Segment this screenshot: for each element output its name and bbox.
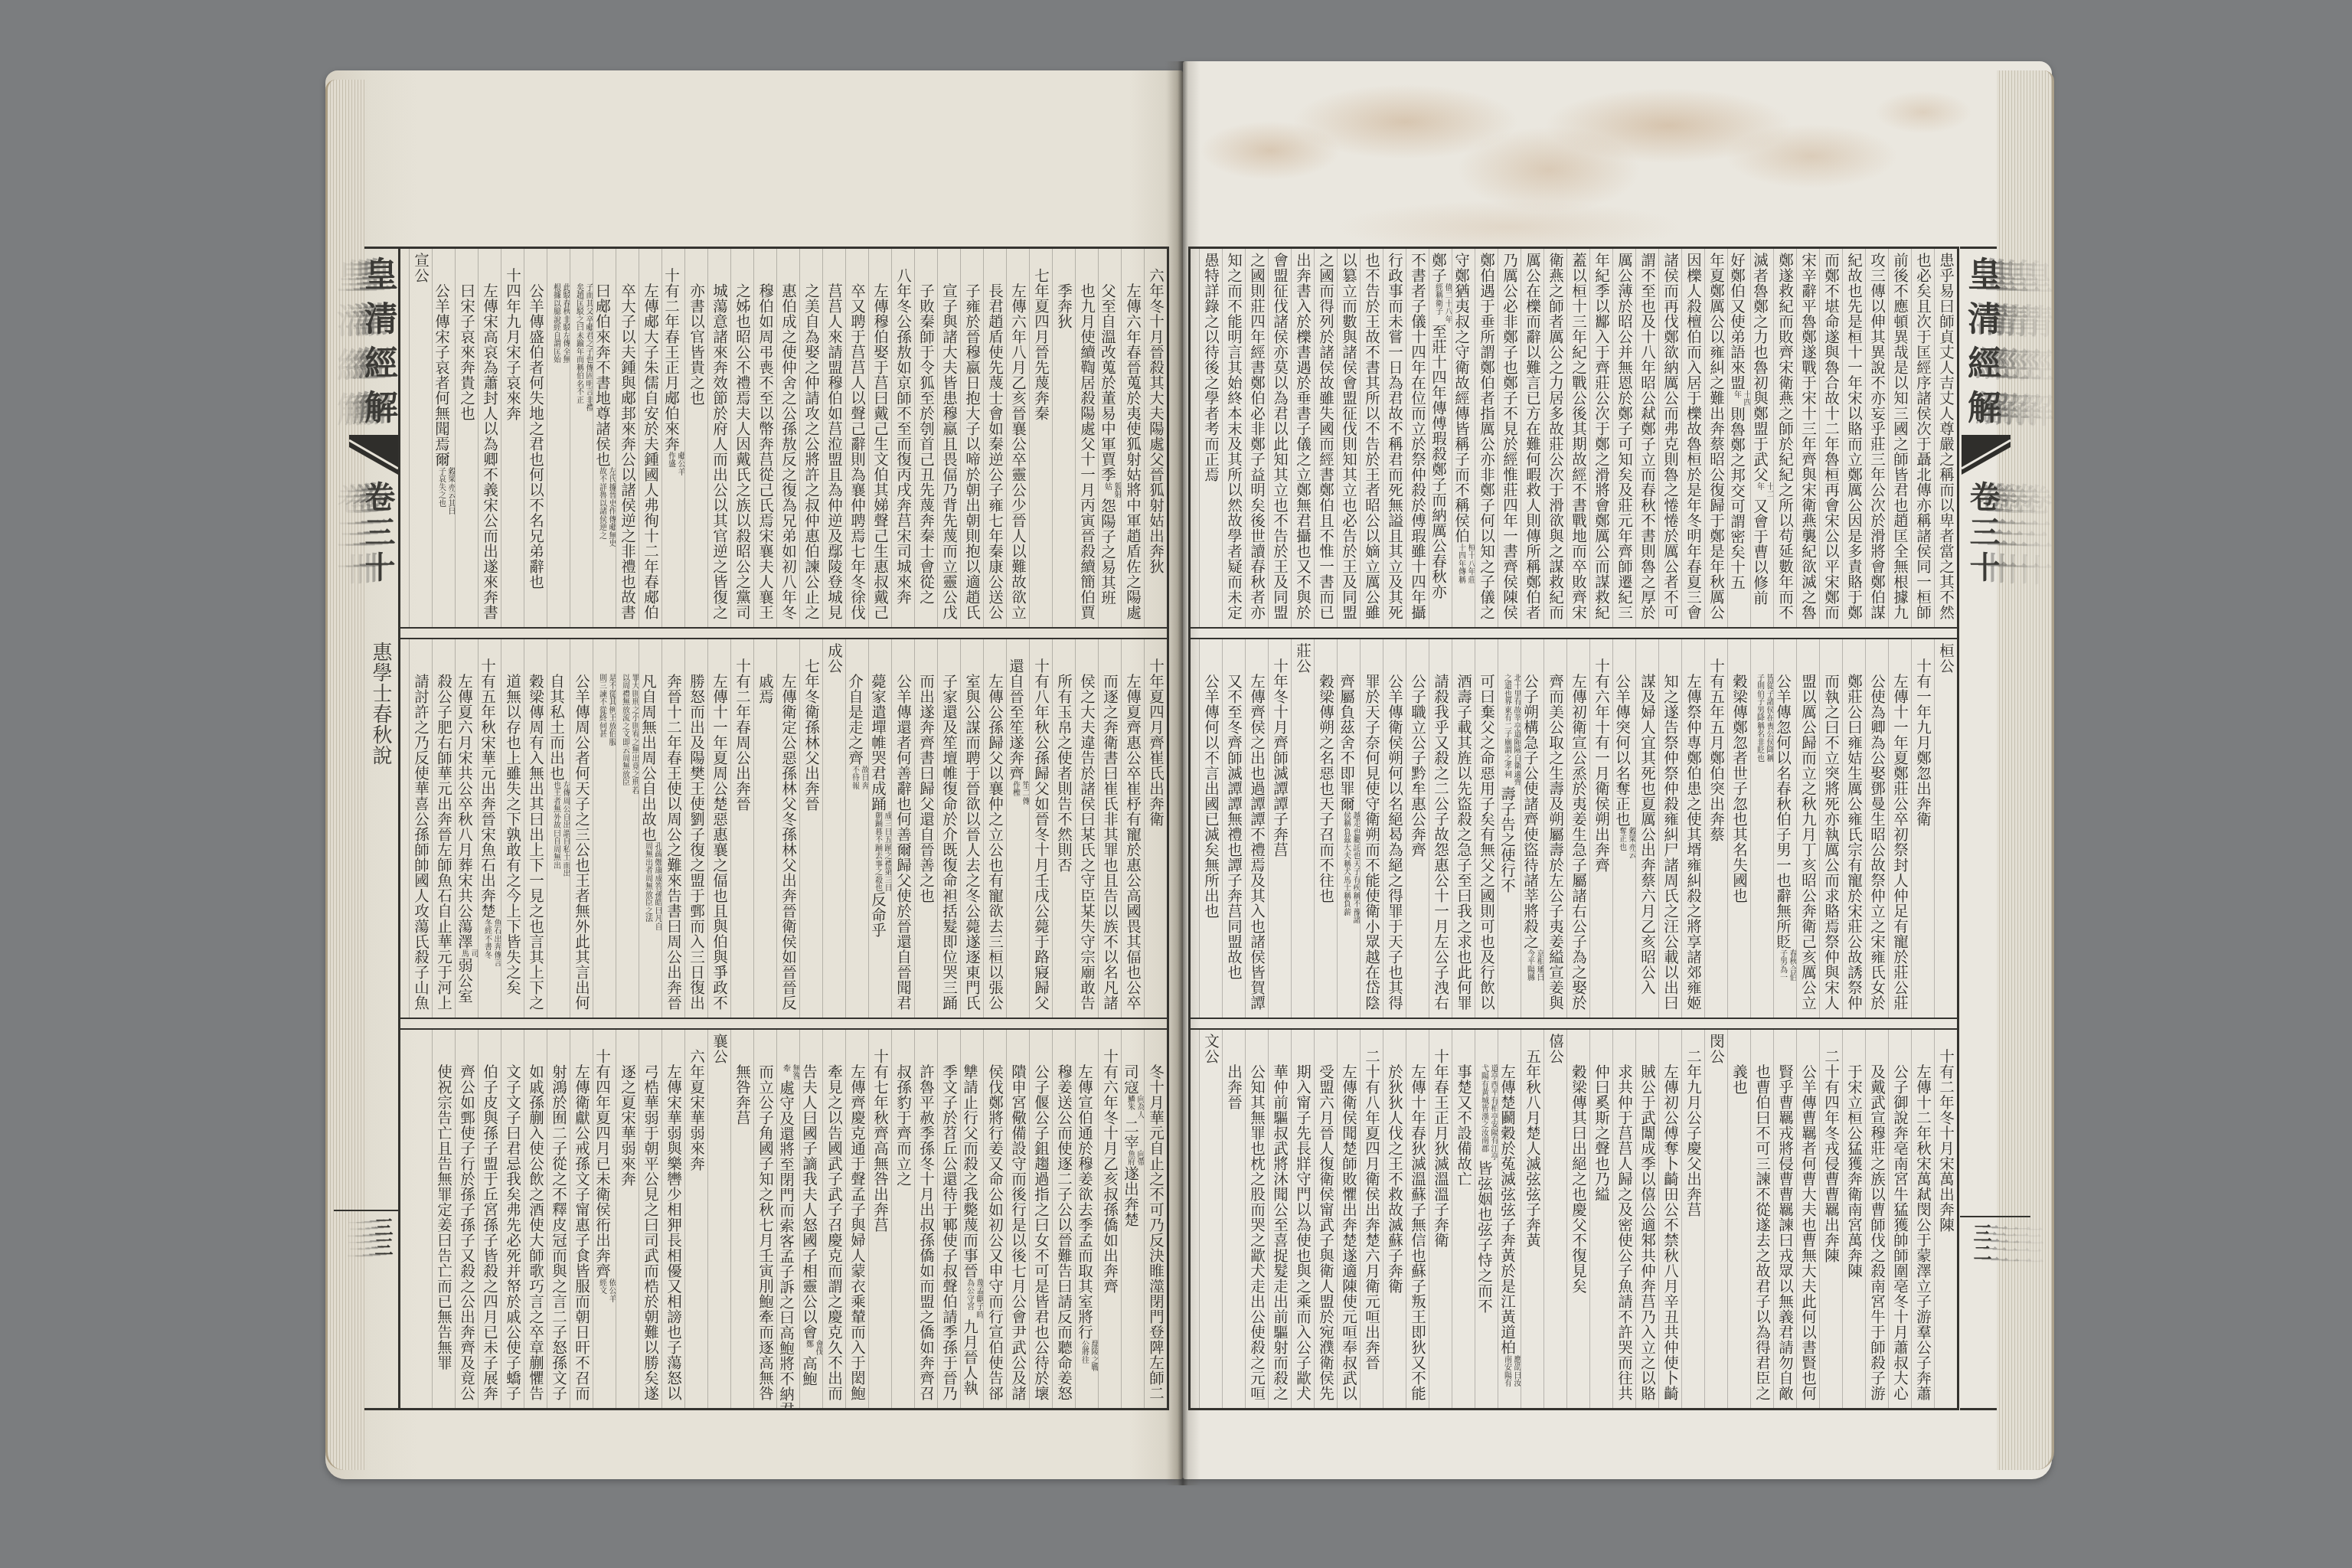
main-text: 子敗秦師于令狐至於刳首己丑先蔑奔秦士會從之 — [917, 283, 935, 605]
main-text: 出奔晉 — [1225, 1064, 1243, 1110]
main-text: 高鮑 — [800, 1356, 818, 1387]
main-text: 也九月使續鞫居殺陽處父十一月丙寅晉殺續簡伯賈 — [1078, 283, 1096, 620]
main-text: 左傳夏齊惠公卒崔杼有寵於惠公高國畏其偪也公卒 — [1124, 674, 1142, 1011]
commentary-column: 北十里有故莘亭道阨險自衛適齊之道也界東有二子廟謂之孝祠壽子告之使行不 — [1498, 639, 1521, 1018]
main-text: 左傳六年八月乙亥晉襄公卒靈公少晉人以難故欲立 — [1009, 283, 1027, 620]
interlinear-note: 應劭曰汝南安陽有 — [1501, 1355, 1521, 1387]
main-text: 亦書以官皆貴之也 — [688, 283, 705, 406]
main-text: 室與公謀而聘于晉欲以晉人去之冬公薨遂逐東門氏 — [963, 674, 981, 1011]
classic-entry-column: 六年夏宋華弱來奔 — [684, 1030, 707, 1408]
main-text: 無咎奔莒 — [733, 1064, 751, 1125]
main-text: 因櫟人殺檀伯而入居于櫟故魯桓於是年冬明年春夏三會 — [1684, 253, 1702, 620]
commentary-column: 子雍於晉穆嬴日抱大子以啼於朝出朝則抱以適趙氏 — [960, 249, 983, 627]
commentary-column: 而逐之奔衛書曰崔氏非其罪也且告以族不以名凡諸 — [1098, 639, 1121, 1018]
commentary-column: 父至自溫改蒐於董易中軍賈季狐射姑怨陽子之易其班 — [1098, 249, 1121, 627]
classic-entry-column: 十四年九月宋子哀來奔 — [501, 249, 524, 627]
main-text: 華仲前驅叔武將沐聞公至喜捉髮走出前驅射而殺之 — [1271, 1064, 1289, 1401]
main-text: 左傳宋華弱與樂轡少相狎長相優又相謗也子蕩怒以 — [665, 1064, 682, 1401]
commentary-column: 告夫人曰國子謫我夫人怒國子相靈公以會會伐鄭高鮑 — [799, 1030, 822, 1408]
interlinear-note: 越走也屬託也天子有疾稱不豫諸侯稱負茲大夫稱犬馬士稱負薪 — [1341, 812, 1360, 924]
main-text: 蓋以桓十三年紀之戰公後其期故經不書戰地而卒敗齊宋 — [1570, 253, 1587, 620]
main-text: 公羊傳周公者何天子之三公也王者無外此其言出何 — [573, 674, 590, 1011]
main-text: 公子朔構急子公使諸齊使盜待諸莘將殺之 — [1521, 674, 1539, 949]
commentary-column: 季奔狄 — [1052, 249, 1075, 627]
commentary-column: 侯之大夫違告於諸侯曰某氏之守臣某失守宗廟敢告 — [1075, 639, 1098, 1018]
main-text: 僖公 — [1547, 1034, 1564, 1064]
commentary-column: 齊公如鄄使子行於孫子孫子又殺之公出奔齊及竟公 — [455, 1030, 478, 1408]
main-text: 至莊十四年傳傅瑕殺鄭子而納厲公春秋亦 — [1429, 324, 1447, 599]
main-text: 左傳郕大子朱儒自安於夫鍾國人弗徇十二年春郕伯 — [642, 283, 659, 620]
commentary-column: 逐之夏宋華弱來奔 — [616, 1030, 639, 1408]
main-text: 可曰棄父之命惡用子矣有無父之國則可也及行飲以 — [1478, 674, 1495, 1011]
main-text: 還自晉至笙遂奔齊 — [1007, 658, 1024, 781]
main-text: 射鴻於囿二子從之不釋皮冠而與之言二子怒孫文子 — [550, 1064, 567, 1401]
main-text: 穀梁傳朔之名惡也天子召而不往也 — [1317, 674, 1334, 903]
commentary-column: 左傳衛定公惡孫林父冬孫林父出奔晉衛侯如晉晉反 — [776, 639, 799, 1018]
commentary-column: 左傳齊侯之出也過譚譚不禮焉及其入也諸侯皆賀譚 — [1245, 639, 1268, 1018]
commentary-column: 左傳六年春晉蒐於夷使狐射姑將中軍趙盾佐之陽處 — [1121, 249, 1144, 627]
main-text: 司寇 — [1122, 1064, 1139, 1095]
main-text: 鄭伯遇于垂所謂鄭伯者指厲公亦非鄭子何以知之子儀之 — [1478, 253, 1495, 620]
interlinear-note: 京相璠曰今平陽縣 — [1524, 949, 1543, 982]
commentary-column: 無咎牽處守及還將至閉門而索客孟子訴之曰高鮑將不納君 — [776, 1030, 799, 1408]
main-text: 前後不應頓異哉是以知三國之師皆君也趙匡全無根據九 — [1891, 253, 1909, 620]
main-text: 莊公 — [1294, 643, 1312, 674]
commentary-column: 請討許之乃反使華喜公孫師帥國人攻蕩氏殺子山魚 — [409, 639, 432, 1018]
commentary-column: 公羊傳何以不言出國已滅矣無所出也 — [1199, 639, 1222, 1018]
right-text-frame: 患乎易曰師貞丈人吉丈人尊嚴之稱而以卑者當之其不然也必矣且次于匡經序諸侯次于聶北傳… — [1188, 247, 1959, 1410]
commentary-column: 罪於天子奈何見使守衛朔而不能使衛小眾越在岱陰 — [1360, 639, 1383, 1018]
main-text: 十有五年秋宋華元出奔晉宋魚石出奔楚 — [479, 658, 496, 919]
classic-entry-column: 八年冬公孫敖如京師不至而復丙戌奔莒宋司城來奔 — [891, 249, 914, 627]
commentary-column: 之姊也昭公不禮焉夫人因戴氏之族以殺昭公之黨司 — [730, 249, 753, 627]
register-top: 患乎易曰師貞丈人吉丈人尊嚴之稱而以卑者當之其不然也必矣且次于匡經序諸侯次于聶北傳… — [1191, 249, 1957, 627]
essay-column: 以篡立而數與諸侯會盟征伐則知其立也必告於王及同盟 — [1337, 249, 1360, 627]
essay-column: 患乎易曰師貞丈人吉丈人尊嚴之稱而以卑者當之其不然 — [1934, 249, 1957, 627]
commentary-column: 如戚孫蒯入使公飲之酒使大師歌巧言之卒章蒯懼告 — [524, 1030, 547, 1408]
commentary-column: 公羊傳周公者何天子之三公也王者無外此其言出何 — [570, 639, 593, 1018]
commentary-column: 而立公子角國子知之秋七月壬寅刖鮑牽而逐高無咎 — [753, 1030, 776, 1408]
main-text: 守鄭猶夷叔之守衛故經傳皆稱子而不稱侯伯 — [1452, 253, 1470, 544]
commentary-column: 知之遂告祭仲祭仲殺雍糾尸諸周氏之汪公載以出曰 — [1658, 639, 1681, 1018]
main-text: 于宋立桓公猛獲奔衛南宮萬奔陳 — [1845, 1064, 1863, 1279]
classic-entry-column: 五年秋八月楚人滅弦弦子奔黃 — [1521, 1030, 1543, 1408]
commentary-column: 射鴻於囿二子從之不釋皮冠而與之言二子怒孫文子 — [547, 1030, 570, 1408]
main-text: 厲公在櫟而辭以難言已方在難何暇救人則傳所稱鄭伯者 — [1524, 253, 1541, 620]
main-text: 不書者子儀十四年在位而立於祭仲殺於傅瑕雖十四年攝 — [1409, 253, 1426, 620]
main-text: 十有四年夏四月已未衛侯衎出奔齊 — [593, 1049, 611, 1279]
page-number-rule — [1960, 1216, 2030, 1217]
spine-series-title: 皇清經解 — [1962, 256, 1999, 434]
commentary-column: 左傳初衛宣公烝於夷姜生急子屬諸右公子為之娶於 — [1566, 639, 1589, 1018]
main-text: 年夏鄭厲公以雍糾之難出奔蔡昭公復歸于鄭是年秋厲公 — [1707, 253, 1725, 620]
main-text: 厲公薄於昭公并無恩於鄭子可知矣及莊元年齊師遷紀三 — [1615, 253, 1633, 620]
main-text: 自其私土而出也 — [547, 674, 565, 781]
main-text: 公使為卿為公娶鄧曼生昭公故祭仲立之宋雍氏女於 — [1868, 674, 1886, 1011]
commentary-column: 酒壽子載其旌以先盜殺之急子至曰我之求也此何罪 — [1452, 639, 1475, 1018]
main-text: 弱公室 — [456, 958, 473, 1004]
main-text: 期入甯子先長牂守門以為使也與之乘而入公子歂犬 — [1294, 1064, 1312, 1401]
spine-volume-number: 卷三十 — [360, 481, 395, 586]
main-text: 謂不至也及十八年昭公弒鄭子立而春秋不書則魯之厚於 — [1638, 253, 1656, 620]
main-text: 使祝宗告亡且告無罪定姜曰告亡而已無告無罪 — [435, 1064, 452, 1370]
interlinear-note: 是不從其例王放伯服則三諫不從終何甚 — [596, 674, 616, 746]
essay-column: 攻三傳以伸其異說不亦妄乎莊三年公次於滑將會鄭伯謀 — [1865, 249, 1888, 627]
commentary-column: 齊而美公取之生壽及朔屬壽於左公子夷姜縊宣姜與 — [1543, 639, 1566, 1018]
classic-entry-column: 十年夏四月齊崔氏出奔衛 — [1144, 639, 1167, 1018]
interlinear-note: 魚石出奔傳言冬經不書冬 — [482, 919, 501, 967]
essay-column: 諸侯而再伐鄭欲納厲公而弗克則魯之惓惓於厲公者不可 — [1658, 249, 1681, 627]
commentary-column: 使祝宗告亡且告無罪定姜曰告亡而已無告無罪 — [432, 1030, 455, 1408]
main-text: 左傳衛獻公戒孫文子甯惠子食皆服而朝日旰不召而 — [573, 1064, 590, 1401]
main-text: 盟以厲公歸而立之秋九月丁亥昭公奔衛己亥厲公立 — [1799, 674, 1817, 1011]
commentary-column: 薨家遣墠帷哭君成踊成三日五踊之禮第三日朝踊暮不踊去事之殺也反命乎 — [868, 639, 891, 1018]
commentary-column: 受盟六月晉人復衛侯甯武子與衛人盟於宛濮衛侯先 — [1314, 1030, 1337, 1408]
main-text: 十有六年冬十月乙亥叔孫僑如出奔齊 — [1101, 1049, 1119, 1294]
main-text: 二年九月公子慶父出奔莒 — [1684, 1049, 1702, 1217]
essay-column: 也必矣且次于匡經序諸侯次于聶北傳亦稱諸侯同一桓師 — [1911, 249, 1934, 627]
main-text: 而執之曰不立突將死亦執厲公而求賂焉祭仲與宋人 — [1822, 674, 1840, 1011]
commentary-column: 公子偃公子鉏趨過指之曰女不可是皆君也公待於壞 — [1029, 1030, 1052, 1408]
main-text: 二宰 — [1122, 1119, 1139, 1150]
classic-entry-column: 十有七年秋齊高無咎出奔莒 — [868, 1030, 891, 1408]
main-text: 反命乎 — [869, 892, 887, 938]
main-text: 賊公于武闈成季以僖公適邾共仲奔莒乃入立之以賂 — [1638, 1064, 1656, 1401]
main-text: 宋辛辭平魯鄭遂戰于宋十三年齊與宋衛燕襲紀欲滅之魯 — [1799, 253, 1817, 620]
main-text: 曰宋子哀來奔貴之也 — [458, 283, 475, 421]
main-text: 而逐之奔衛書曰崔氏非其罪也且告以族不以名凡諸 — [1101, 674, 1119, 1011]
main-text: 齊而美公取之生壽及朔屬壽於左公子夷姜縊宣姜與 — [1547, 674, 1564, 1011]
interlinear-note: 蔑孟獻子時為公守宮 — [964, 1279, 983, 1319]
main-text: 凡自周無出周公自出故也 — [639, 674, 657, 842]
main-text: 侯之大夫違告於諸侯曰某氏之守臣某失守宗廟敢告 — [1078, 674, 1096, 1011]
main-text: 知之而不能明言其始終本末及其所以然故學者疑而未定 — [1225, 253, 1243, 620]
classic-entry-column: 十有四年夏四月已未衛侯衎出奔齊依公羊經文 — [593, 1030, 616, 1408]
main-text: 左傳楚鬬穀於菟滅弦弦子奔黃於是江黃道柏 — [1498, 1064, 1516, 1355]
commentary-column: 盟以厲公歸而立之秋九月丁亥昭公奔衛己亥厲公立 — [1796, 639, 1819, 1018]
main-text: 桓公 — [1937, 643, 1955, 674]
commentary-column: 子家還及笙壇帷復命於介既復命袒括髮即位哭三踊 — [937, 639, 960, 1018]
main-text: 十有二年春周公出奔晉 — [733, 658, 751, 812]
commentary-column: 可曰棄父之命惡用子矣有無父之國則可也及行飲以 — [1475, 639, 1498, 1018]
interlinear-note: 司馬 — [459, 949, 478, 958]
main-text: 二十有八年夏四月衛侯出奔楚六月衛元咺出奔晉 — [1363, 1049, 1380, 1370]
essay-column: 之國而得列於諸侯故雖失國而經書鄭伯且不惟一書而已 — [1314, 249, 1337, 627]
register-middle: 桓公十有一年九月鄭忽出奔衛左傳十一年夏鄭莊公卒初祭封人仲足有寵於莊公莊公使為卿為… — [1191, 639, 1957, 1018]
commentary-column: 伯子皮與孫子盟于丘宮孫子皆殺之四月已未子展奔 — [478, 1030, 501, 1408]
commentary-column: 亦書以官皆貴之也 — [684, 249, 707, 627]
main-text: 處守及還將至閉門而索客孟子訴之曰高鮑將不納君 — [777, 1080, 795, 1408]
interlinear-note: 左傳周公自出謂自私土而出也王者無外故曰自周無出 — [550, 781, 570, 877]
main-text: 左傳宋高哀為蕭封人以為卿不義宋公而出遂來奔書 — [481, 283, 498, 620]
commentary-column: 出奔晉 — [1222, 1030, 1245, 1408]
main-text: 公羊傳何以不言出國已滅矣無所出也 — [1202, 674, 1220, 919]
commentary-column: 叔孫豹于齊而立之 — [891, 1030, 914, 1408]
classic-entry-column: 十有六年冬十月乙亥叔孫僑如出奔齊 — [1098, 1030, 1121, 1408]
essay-column: 不書者子儀十四年在位而立於祭仲殺於傅瑕雖十四年攝 — [1406, 249, 1429, 627]
interlinear-note: 依公羊經文 — [596, 1279, 616, 1303]
classic-entry-column: 六年冬十月晉殺其大夫陽處父晉狐射姑出奔狄 — [1144, 249, 1167, 627]
commentary-column: 所有玉帛之使者則告不然則否 — [1052, 639, 1075, 1018]
register-bottom: 冬十月華元自止之不可乃反決睢澨閉門登陴左師二司寇向為人鱗朱二宰向帶魚府遂出奔楚十… — [400, 1030, 1167, 1408]
commentary-column: 期入甯子先長牂守門以為使也與之乘而入公子歂犬 — [1291, 1030, 1314, 1408]
classic-entry-column: 十有五年五月鄭伯突出奔蔡 — [1704, 639, 1727, 1018]
interlinear-note: 穀梁亦云其曰子哀失之也 — [436, 467, 455, 515]
main-text: 二十有四年冬戎侵曹曹羈出奔陳 — [1822, 1049, 1840, 1263]
main-text: 請討許之乃反使華喜公孫師帥國人攻蕩氏殺子山魚 — [412, 674, 430, 1011]
main-text: 行政事而未嘗一日為君故不稱君而死無謚且其立及其死 — [1386, 253, 1403, 620]
commentary-column: 牽見之以告國武子武子召慶克而謂之慶克久不出而 — [822, 1030, 845, 1408]
interlinear-note: 左氏據晉史作傳郕無史故不詳魯以諸侯逆之 — [596, 467, 616, 547]
commentary-column: 宣子與諸大夫皆患穆嬴且畏偪乃背先蔑而立靈公戊 — [937, 249, 960, 627]
main-text: 及戴武宣穆莊之族以曹師伐之殺南宮牛于師殺子游 — [1868, 1064, 1886, 1401]
essay-column: 衛燕之師者厲公之力居多故莊公次于滑欲與之謀救紀而 — [1543, 249, 1566, 627]
essay-column: 乃厲公必非鄭子也鄭子不見於經惟莊四年一書齊侯陳侯 — [1498, 249, 1521, 627]
commentary-column: 鄭莊公曰雍姞生厲公雍氏宗有寵於宋莊公故誘祭仲 — [1842, 639, 1865, 1018]
commentary-column: 戚焉 — [753, 639, 776, 1018]
commentary-column: 請殺我乎又殺之二公子故怨惠公十一月左公子洩右 — [1429, 639, 1452, 1018]
section-heading: 閔公 — [1704, 1030, 1727, 1408]
classic-entry-column: 十年冬十月齊師滅譚譚子奔莒 — [1268, 639, 1291, 1018]
main-text: 左傳宣伯通於穆姜欲去季孟而取其室將行 — [1076, 1064, 1093, 1340]
main-text: 所有玉帛之使者則告不然則否 — [1055, 674, 1073, 873]
right-page-edge-stack — [1997, 70, 2054, 1470]
main-text: 文公 — [1202, 1034, 1220, 1064]
main-text: 十年夏四月齊崔氏出奔衛 — [1147, 658, 1165, 827]
commentary-column: 許魯平赦季孫冬十月出叔孫僑如而盟之僑如奔齊召 — [914, 1030, 937, 1408]
main-text: 左傳十一年夏周公楚惡惠襄之偪也且與伯與爭政不 — [710, 674, 728, 1011]
page-number: 三二 — [1969, 1223, 1992, 1263]
main-text: 事楚又不設備故亡 — [1455, 1064, 1472, 1187]
interlinear-note: 會伐鄭 — [803, 1340, 822, 1356]
main-text: 公羊傳宋子哀者何無聞焉爾 — [433, 283, 450, 467]
essay-column: 宋辛辭平魯鄭遂戰于宋十三年齊與宋衛燕襲紀欲滅之魯 — [1796, 249, 1819, 627]
register-bottom: 十有二年冬十月宋萬出奔陳左傳十二年秋宋萬弒閔公于蒙澤立子游羣公子奔蕭公子御說奔亳… — [1191, 1030, 1957, 1408]
commentary-column: 曰宋子哀來奔貴之也 — [455, 249, 478, 627]
commentary-column: 華仲前驅叔武將沐聞公至喜捉髮走出前驅射而殺之 — [1268, 1030, 1291, 1408]
commentary-column: 穆姜送公而使逐二子公以晉難告曰請反而聽命姜怒 — [1052, 1030, 1075, 1408]
classic-entry-column: 十年春王正月狄滅溫溫子奔衛 — [1429, 1030, 1452, 1408]
main-text: 之姊也昭公不禮焉夫人因戴氏之族以殺昭公之黨司 — [733, 283, 751, 620]
commentary-column: 之美自為娶之仲請攻之公將許之叔仲惠伯諫公止之 — [799, 249, 822, 627]
main-text: 義也 — [1730, 1064, 1748, 1095]
commentary-column: 凡自周無出周公自出故也孔疏鄭康成答孫皓曰凡自周無出者周無放臣之法 — [639, 639, 661, 1018]
interlinear-note: 鄢陵之戰公將往 — [1079, 1340, 1098, 1372]
essay-column: 厲公在櫟而辭以難言已方在難何暇救人則傳所稱鄭伯者 — [1521, 249, 1543, 627]
main-text: 公羊傳突何以名奪正也 — [1613, 674, 1631, 827]
main-text: 十有七年秋齊高無咎出奔莒 — [871, 1049, 889, 1233]
main-text: 文子文子曰君忌我矣弗先必死并帑於戚公使子蟜子 — [504, 1064, 521, 1401]
interlinear-note: 北十里有故莘亭道阨險自衛適齊之道也界東有二子廟謂之孝祠 — [1501, 674, 1521, 786]
interlinear-note: 郕公羊作盛 — [665, 452, 684, 476]
main-text: 左傳祭仲專鄭伯患之使其壻雍糾殺之將享諸郊雍姬 — [1684, 674, 1702, 1011]
main-text: 公羊傳忽何以名春秋伯子男一也辭無所貶 — [1774, 674, 1792, 949]
essay-column: 出奔書入於櫟書遇於垂書子儀之立鄭無君攝也又不與於 — [1291, 249, 1314, 627]
main-text: 罪於天子奈何見使守衛朔而不能使衛小眾越在岱陰 — [1363, 674, 1380, 1011]
main-text: 襄公 — [710, 1034, 728, 1064]
commentary-column: 公羊傳盛伯者何失地之君也何以不名兄弟辭也 — [524, 249, 547, 627]
commentary-column: 仲曰奚斯之聲也乃縊 — [1589, 1030, 1612, 1408]
commentary-column: 也曹伯曰不可三諫不從遂去之故君子以為得君臣之 — [1750, 1030, 1773, 1408]
main-text: 弓梏華弱于朝平公見之曰司武而梏於朝難以勝矣遂 — [642, 1064, 659, 1401]
main-text: 許魯平赦季孫冬十月出叔孫僑如而盟之僑如奔齊召 — [917, 1064, 935, 1401]
commentary-column: 求共仲于莒莒人歸之及密使公子魚請不許哭而往共 — [1612, 1030, 1635, 1408]
main-text: 七年冬衛孫林父出奔晉 — [802, 658, 820, 812]
commentary-column: 左傳十一年夏鄭莊公卒初祭封人仲足有寵於莊公莊 — [1888, 639, 1911, 1018]
spine-top-rule — [364, 247, 400, 249]
commentary-column: 穀梁傳周有入無出其曰出上下一見之也言其上下之 — [524, 639, 547, 1018]
main-text: 左傳夏六月宋共公卒秋八月葬宋共公蕩澤 — [456, 674, 473, 949]
essay-column: 鄭伯遇于垂所謂鄭伯者指厲公亦非鄭子何以知之子儀之 — [1475, 249, 1498, 627]
left-text-frame: 六年冬十月晉殺其大夫陽處父晉狐射姑出奔狄左傳六年春晉蒐於夷使狐射姑將中軍趙盾佐之… — [398, 247, 1169, 1410]
commentary-column: 奔晉十二年春王使以周公之難來告書曰周公出奔晉 — [661, 639, 684, 1018]
main-text: 仲曰奚斯之聲也乃縊 — [1592, 1064, 1610, 1202]
main-text: 諸侯而再伐鄭欲納厲公而弗克則魯之惓惓於厲公者不可 — [1661, 253, 1679, 620]
main-text: 十年冬十月齊師滅譚譚子奔莒 — [1271, 658, 1289, 857]
main-text: 左傳齊侯之出也過譚譚不禮焉及其入也諸侯皆賀譚 — [1248, 674, 1266, 1011]
main-text: 殺公子肥右師華元出奔晉左師魚石自止華元于河上 — [435, 674, 452, 1011]
main-text: 成公 — [825, 643, 843, 674]
main-text: 以篡立而數與諸侯會盟征伐則知其立也必告於王及同盟 — [1340, 253, 1357, 620]
main-text: 十有一年九月鄭忽出奔衛 — [1914, 658, 1932, 827]
commentary-column: 罪大則刑之小則宥之無出竟之刑若以周禮無放流之文即云周無放臣 — [616, 639, 639, 1018]
commentary-column: 左傳宋高哀為蕭封人以為卿不義宋公而出遂來奔書 — [478, 249, 501, 627]
commentary-column: 左傳楚鬬穀於菟滅弦弦子奔黃於是江黃道柏應劭曰汝南安陽有 — [1498, 1030, 1521, 1408]
main-text: 卒又聘于莒莒人以聲己辭則為襄仲聘焉七年冬徐伐 — [848, 283, 866, 620]
main-text: 季奔狄 — [1055, 283, 1073, 329]
interlinear-note: 向為人鱗朱 — [1125, 1095, 1144, 1119]
commentary-column: 謀及婦人宜其死也夏厲公出奔蔡六月乙亥昭公入 — [1635, 639, 1658, 1018]
main-text: 左傳初公傅奪卜齮田公不禁秋八月辛丑共仲使卜齮 — [1661, 1064, 1679, 1401]
commentary-column: 左傳十年春狄滅溫蘇子無信也蘇子叛王即狄又不能 — [1406, 1030, 1429, 1408]
commentary-column: 弓梏華弱于朝平公見之曰司武而梏於朝難以勝矣遂 — [639, 1030, 661, 1408]
main-text: 勝怒而出及陽樊王使劉子復之盟于鄄而入三日復出 — [688, 674, 705, 1011]
essay-column: 年紀季以酅入于齊莊公次于鄭之滑將會鄭厲公而謀救紀 — [1589, 249, 1612, 627]
interlinear-note: 春秋合伯子男為一 — [1777, 949, 1796, 982]
main-text: 公羊傳盛伯者何失地之君也何以不名兄弟辭也 — [527, 283, 544, 590]
main-text: 左傳齊慶克通于聲孟子與婦人蒙衣乘輦而入于閎鮑 — [848, 1064, 866, 1401]
main-text: 鄭莊公曰雍姞生厲公雍氏宗有寵於宋莊公故誘祭仲 — [1845, 674, 1863, 1011]
main-text: 戚焉 — [756, 674, 774, 704]
commentary-column: 城蕩意諸來奔效節於府人而出公以其官逆之皆復之 — [707, 249, 730, 627]
main-text: 受盟六月晉人復衛侯甯武子與衛人盟於宛濮衛侯先 — [1317, 1064, 1334, 1401]
commentary-column: 左傳穆伯娶于莒曰戴己生文伯其娣聲己生惠叔戴己 — [868, 249, 891, 627]
main-text: 又不至冬齊師滅譚譚無禮也譚子奔莒同盟故也 — [1225, 674, 1243, 980]
classic-entry-column: 十有二年冬十月宋萬出奔陳 — [1934, 1030, 1957, 1408]
main-text: 道無以存也上雖失之下孰敢有之今上下皆失之矣 — [504, 674, 521, 995]
main-text: 介自是走之齊 — [846, 674, 864, 766]
main-text: 公子偃公子鉏趨過指之曰女不可是皆君也公待於壞 — [1032, 1064, 1050, 1401]
classic-entry-column: 七年夏四月晉先蔑奔秦 — [1029, 249, 1052, 627]
main-text: 遂出奔楚 — [1122, 1166, 1139, 1227]
interlinear-note: 十二年 — [1754, 482, 1773, 498]
commentary-column: 賢乎曹羈戎將侵曹曹羈諫曰戎眾以無義君請勿自敵 — [1773, 1030, 1796, 1408]
main-text: 酒壽子載其旌以先盜殺之急子至曰我之求也此何罪 — [1455, 674, 1472, 1011]
commentary-column: 于宋立桓公猛獲奔衛南宮萬奔陳 — [1842, 1030, 1865, 1408]
commentary-column: 齊屬負茲舍不即罪爾越走也屬託也天子有疾稱不豫諸侯稱負茲大夫稱犬馬士稱負薪 — [1337, 639, 1360, 1018]
main-text: 賢乎曹羈戎將侵曹曹羈諫曰戎眾以無義君請勿自敵 — [1776, 1064, 1794, 1401]
classic-entry-column: 二十有四年冬戎侵曹曹羈出奔陳 — [1819, 1030, 1842, 1408]
main-text: 公子職立公子黔牟惠公奔齊 — [1409, 674, 1426, 857]
commentary-column: 卒大子以夫鍾與郕邽來奔公以諸侯逆之非禮也故書 — [616, 249, 639, 627]
main-text: 穆伯如周弔喪不至以幣奔莒從己氏焉宋襄夫人襄王 — [756, 283, 774, 620]
main-text: 八年冬公孫敖如京師不至而復丙戌奔莒宋司城來奔 — [894, 268, 912, 605]
interlinear-note: 無咎牽 — [780, 1064, 799, 1080]
commentary-column: 隤申宮儆備設守而後行是以後七月公會尹武公及諸 — [1006, 1030, 1029, 1408]
main-text: 曰郕伯來奔不書地尊諸侯也 — [593, 283, 611, 467]
commentary-column: 犨請止行父而殺之我斃蔑而事晉蔑孟獻子時為公守宮九月晉人執 — [960, 1030, 983, 1408]
main-text: 薨家遣墠帷哭君成踊 — [869, 674, 887, 812]
main-text: 左傳十年春狄滅溫蘇子無信也蘇子叛王即狄又不能 — [1409, 1064, 1426, 1401]
interlinear-note: 皆從子諸侯在喪公侯降稱子則伯子男降稱名非貶也 — [1754, 674, 1773, 763]
commentary-column: 皆從子諸侯在喪公侯降稱子則伯子男降稱名非貶也 — [1750, 639, 1773, 1018]
main-text: 而立公子角國子知之秋七月壬寅刖鮑牽而逐高無咎 — [756, 1064, 774, 1401]
classic-entry-column: 十有二年春周公出奔晉 — [730, 639, 753, 1018]
main-text: 公子御說奔亳南宮牛猛獲帥師圍亳冬十月蕭叔大心 — [1891, 1064, 1909, 1401]
commentary-column: 公羊傳突何以名奪正也穀梁亦云奪正也 — [1612, 639, 1635, 1018]
fishtail-ornament-icon — [1962, 435, 2011, 475]
spine-volume-number: 卷三十 — [1965, 481, 2000, 586]
interlinear-note: 罪大則刑之小則宥之無出竟之刑若以周禮無放流之文即云周無放臣 — [619, 674, 639, 795]
main-text: 齊屬負茲舍不即罪爾 — [1338, 674, 1355, 812]
register-divider — [1191, 1018, 1957, 1030]
main-text: 穀梁傳其曰出絕之也慶父不復見矣 — [1570, 1064, 1587, 1294]
main-text: 十有二年春王正月郕伯來奔 — [662, 268, 680, 452]
commentary-column: 公使為卿為公娶鄧曼生昭公故祭仲立之宋雍氏女於 — [1865, 639, 1888, 1018]
main-text: 父至自溫改蒐於董易中軍賈季 — [1099, 283, 1116, 482]
main-text: 請殺我乎又殺之二公子故怨惠公十一月左公子洩右 — [1432, 674, 1449, 1011]
main-text: 穀梁傳鄭忽者世子忽也其名失國也 — [1730, 674, 1748, 903]
commentary-column: 殺公子肥右師華元出奔晉左師魚石自止華元于河上 — [432, 639, 455, 1018]
commentary-column: 穀梁傳其曰出絕之也慶父不復見矣 — [1566, 1030, 1589, 1408]
interlinear-note: 子而其父卒郕君之子也傳固明言非禮矣趙匡駁之曰未踰年而稱伯名不正 — [573, 283, 593, 412]
essay-column: 行政事而未嘗一日為君故不稱君而死無謚且其立及其死 — [1383, 249, 1406, 627]
main-text: 知之遂告祭仲祭仲殺雍糾尸諸周氏之汪公載以出曰 — [1661, 674, 1679, 1011]
essay-column: 守鄭猶夷叔之守衛故經傳皆稱子而不稱侯伯桓十八年莊十四年傳稱 — [1452, 249, 1475, 627]
main-text: 公羊傳衛侯朔何以名絕曷為絕之得罪于天子也其得 — [1386, 674, 1403, 1011]
commentary-column: 曰郕伯來奔不書地尊諸侯也左氏據晉史作傳郕無史故不詳魯以諸侯逆之 — [593, 249, 616, 627]
interlinear-note: 狐射姑 — [1102, 482, 1121, 498]
main-text: 城蕩意諸來奔效節於府人而出公以其官逆之皆復之 — [710, 283, 728, 620]
essay-column: 鄭遂救紀而敗齊宋衛燕之師於紀紀之所以苟延數年而不 — [1773, 249, 1796, 627]
main-text: 謀及婦人宜其死也夏厲公出奔蔡六月乙亥昭公入 — [1638, 674, 1656, 995]
main-text: 也不告於王故不書其所以不告於王者昭公以嫡立厲公雖 — [1363, 253, 1380, 620]
main-text: 十年春王正月狄滅溫溫子奔衛 — [1432, 1049, 1449, 1248]
main-text: 莒莒人來請盟穆伯如莒涖盟且為仲逆及鄢陵登城見 — [825, 283, 843, 620]
commentary-column: 左傳衛侯聞楚師敗懼出奔楚遂適陳使元咺奉叔武以 — [1337, 1030, 1360, 1408]
interlinear-note: 向帶魚府 — [1125, 1150, 1144, 1166]
commentary-column: 及戴武宣穆莊之族以曹師伐之殺南宮牛于師殺子游 — [1865, 1030, 1888, 1408]
commentary-column: 惠伯成之使仲舍之公孫敖反之復為兄弟如初八年冬 — [776, 249, 799, 627]
main-text: 而鄭不堪命遂與魯合故十二年魯桓再會宋公以平宋鄭而 — [1822, 253, 1840, 620]
spine-work-title: 惠學士春秋說 — [369, 642, 392, 766]
main-text: 牽見之以告國武子武子召慶克而謂之慶克久不出而 — [825, 1064, 843, 1401]
commentary-column: 季文子於苕丘公還待于鄆使子叔聲伯請季孫于晉乃 — [937, 1030, 960, 1408]
commentary-column: 左傳衛獻公戒孫文子甯惠子食皆服而朝日旰不召而 — [570, 1030, 593, 1408]
commentary-column: 卒又聘于莒莒人以聲己辭則為襄仲聘焉七年冬徐伐 — [845, 249, 868, 627]
commentary-column: 而執之曰不立突將死亦執厲公而求賂焉祭仲與宋人 — [1819, 639, 1842, 1018]
commentary-column: 子而其父卒郕君之子也傳固明言非禮矣趙匡駁之曰未踰年而稱伯名不正 — [570, 249, 593, 627]
main-text: 惠伯成之使仲舍之公孫敖反之復為兄弟如初八年冬 — [779, 283, 797, 620]
main-text: 閔公 — [1707, 1034, 1725, 1064]
commentary-column: 又不至冬齊師滅譚譚無禮也譚子奔莒同盟故也 — [1222, 639, 1245, 1018]
commentary-column: 義也 — [1727, 1030, 1750, 1408]
commentary-column: 冬十月華元自止之不可乃反決睢澨閉門登陴左師二 — [1144, 1030, 1167, 1408]
main-text: 攻三傳以伸其異說不亦妄乎莊三年公次於滑將會鄭伯謀 — [1868, 253, 1886, 620]
register-divider — [400, 1018, 1167, 1030]
classic-entry-column: 十有五年秋宋華元出奔晉宋魚石出奔楚魚石出奔傳言冬經不書冬 — [478, 639, 501, 1018]
commentary-column: 左傳宋華弱與樂轡少相狎長相優又相謗也子蕩怒以 — [661, 1030, 684, 1408]
